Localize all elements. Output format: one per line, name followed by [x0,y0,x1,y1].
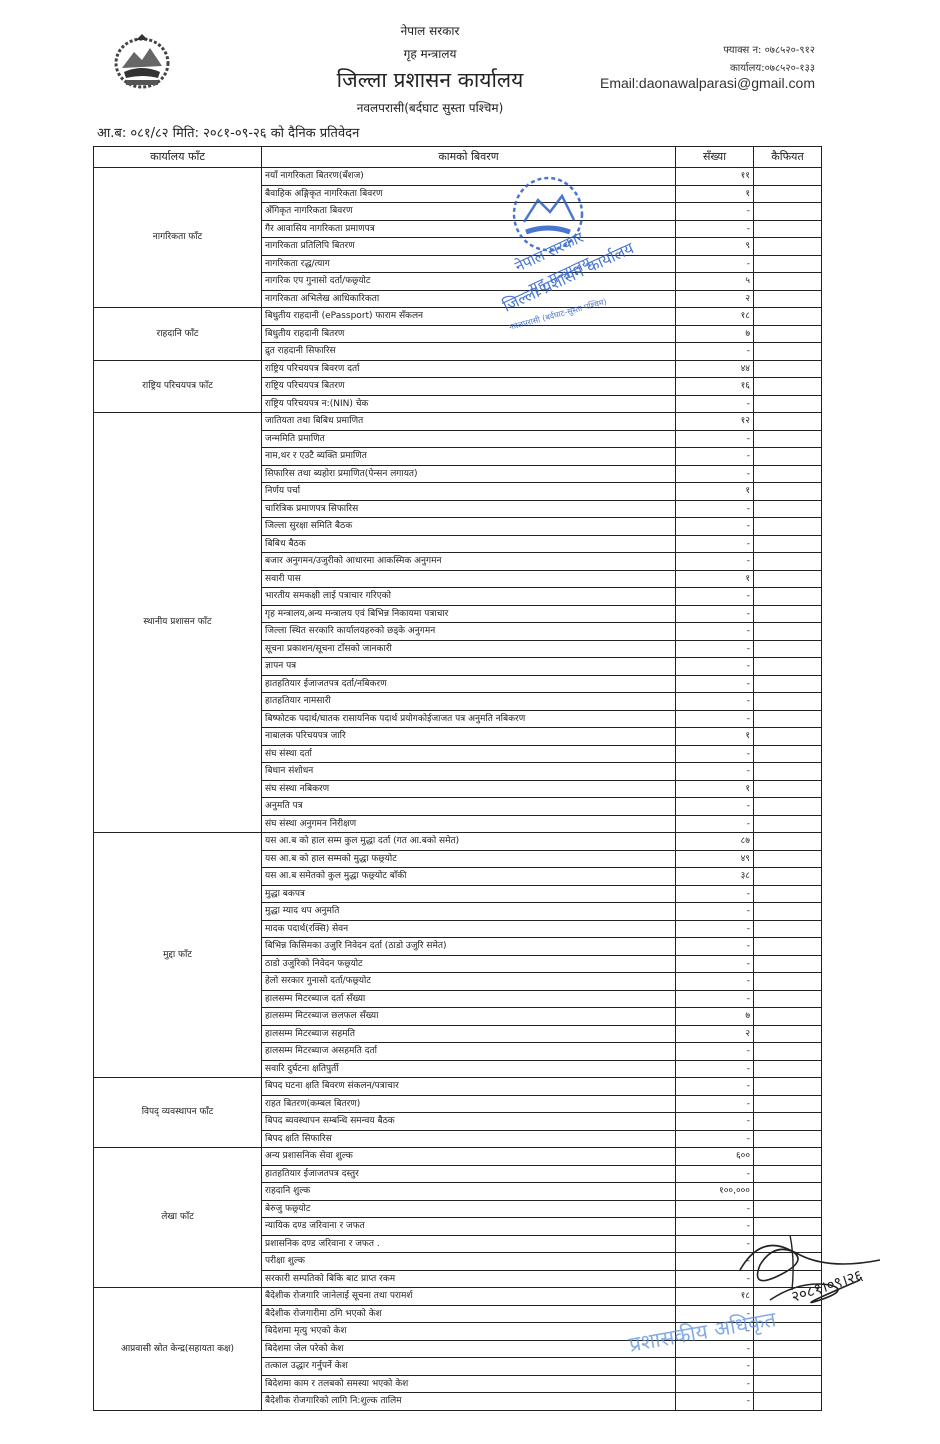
count-value: ५ [676,273,754,291]
count-value: - [676,605,754,623]
remarks-cell [754,1095,822,1113]
count-value: - [676,1253,754,1271]
email-address: Email:daonawalparasi@gmail.com [600,75,815,91]
government-name: नेपाल सरकार [300,22,560,39]
remarks-cell [754,903,822,921]
count-value: २ [676,1025,754,1043]
remarks-cell [754,1008,822,1026]
remarks-cell [754,588,822,606]
work-description: हातहतियार नामसारी [262,693,676,711]
count-value: ४९ [676,850,754,868]
remarks-cell [754,308,822,326]
count-value: - [676,885,754,903]
table-row: मुद्दा फाँटयस आ.ब को हाल सम्म कुल मुद्धा… [94,833,822,851]
count-value: - [676,430,754,448]
remarks-cell [754,1148,822,1166]
remarks-cell [754,780,822,798]
work-description: बैदेशीक रोजगारीमा ठगि भएको केश [262,1305,676,1323]
count-value: - [676,535,754,553]
remarks-cell [754,1025,822,1043]
ministry-name: गृह मन्त्रालय [300,45,560,62]
column-header-description: कामको बिवरण [262,147,676,168]
remarks-cell [754,640,822,658]
count-value: - [676,395,754,413]
work-description: नयाँ नागरिकता बितरण(बँशज) [262,168,676,186]
count-value: - [676,710,754,728]
remarks-cell [754,168,822,186]
work-description: भारतीय समकक्षी लाई पत्राचार गरिएको [262,588,676,606]
count-value: - [676,1095,754,1113]
remarks-cell [754,255,822,273]
count-value: - [676,920,754,938]
table-header-row: कार्यालय फाँट कामको बिवरण सँख्या कैफियत [94,147,822,168]
section-name: नागरिकता फाँट [94,168,262,308]
section-name: मुद्दा फाँट [94,833,262,1078]
remarks-cell [754,1340,822,1358]
count-value: ९ [676,238,754,256]
remarks-cell [754,273,822,291]
table-row: स्थानीय प्रशासन फाँटजातियता तथा बिबिध प्… [94,413,822,431]
column-header-remarks: कैफियत [754,147,822,168]
work-description: नाबालक परिचयपत्र जारि [262,728,676,746]
work-description: सरकारी सम्पतिको बिकि बाट प्राप्त रकम [262,1270,676,1288]
work-description: संघ संस्था दर्ता [262,745,676,763]
work-description: बिधुतीय राहदानी बितरण [262,325,676,343]
work-description: हालसम्म मिटरब्याज दर्ता सँख्या [262,990,676,1008]
count-value: - [676,1130,754,1148]
count-value: - [676,658,754,676]
count-value: - [676,955,754,973]
work-description: अँगिकृत नागरिकता बिवरण [262,203,676,221]
work-description: बिदेशमा मृत्यु भएको केश [262,1323,676,1341]
count-value: - [676,500,754,518]
work-description: निर्णय पर्चा [262,483,676,501]
remarks-cell [754,535,822,553]
remarks-cell [754,395,822,413]
column-header-section: कार्यालय फाँट [94,147,262,168]
work-description: बिधान संशोधन [262,763,676,781]
count-value: - [676,1113,754,1131]
remarks-cell [754,1218,822,1236]
count-value: - [676,203,754,221]
remarks-cell [754,850,822,868]
work-description: नागरिकता रद्ध/त्याग [262,255,676,273]
remarks-cell [754,343,822,361]
nepal-emblem-icon [108,30,176,92]
count-value: ११ [676,168,754,186]
work-description: ठाडो उजुरिको निवेदन फछ्र्योट [262,955,676,973]
work-description: जिल्ला स्थित सरकारि कार्यालयहरुको छड्के … [262,623,676,641]
work-description: बिष्फोटक पदार्थ/घातक रासायनिक पदार्थ प्र… [262,710,676,728]
remarks-cell [754,500,822,518]
office-name: जिल्ला प्रशासन कार्यालय [290,66,570,94]
remarks-cell [754,885,822,903]
count-value: - [676,1270,754,1288]
work-description: बिदेशमा जेल परेको केश [262,1340,676,1358]
section-name: स्थानीय प्रशासन फाँट [94,413,262,833]
work-description: हेलो सरकार गुनासो दर्ता/फछ्र्योट [262,973,676,991]
work-description: तत्काल उद्धार गर्नुपर्ने केश [262,1358,676,1376]
remarks-cell [754,658,822,676]
work-description: ज्ञापन पत्र [262,658,676,676]
count-value: ३८ [676,868,754,886]
work-description: संघ संस्था नबिकरण [262,780,676,798]
remarks-cell [754,955,822,973]
count-value: - [676,220,754,238]
remarks-cell [754,1183,822,1201]
count-value: १२ [676,413,754,431]
count-value: - [676,588,754,606]
work-description: बैवाहिक अङ्गिकृत नागरिकता बिवरण [262,185,676,203]
remarks-cell [754,325,822,343]
count-value: १ [676,185,754,203]
table-row: आप्रवासी स्रोत केन्द्र(सहायता कक्ष)बैदेश… [94,1288,822,1306]
work-description: राहदानि शुल्क [262,1183,676,1201]
remarks-cell [754,1130,822,1148]
remarks-cell [754,448,822,466]
work-description: हातहतियार ईजाजतपत्र दस्तुर [262,1165,676,1183]
count-value: - [676,1393,754,1411]
work-description: अनुमति पत्र [262,798,676,816]
remarks-cell [754,1393,822,1411]
work-description: चारित्रिक प्रमाणपत्र सिफारिस [262,500,676,518]
count-value: - [676,1165,754,1183]
count-value: - [676,518,754,536]
section-name: राष्ट्रिय परिचयपत्र फाँट [94,360,262,413]
work-description: जिल्ला सुरक्षा समिति बैठक [262,518,676,536]
daily-report-table: कार्यालय फाँट कामको बिवरण सँख्या कैफियत … [93,146,822,1411]
table-row: लेखा फाँटअन्य प्रशासनिक सेवा शुल्क६०० [94,1148,822,1166]
remarks-cell [754,728,822,746]
remarks-cell [754,203,822,221]
count-value: - [676,640,754,658]
count-value: ७ [676,1008,754,1026]
remarks-cell [754,973,822,991]
work-description: अन्य प्रशासनिक सेवा शुल्क [262,1148,676,1166]
work-description: परीक्षा शुल्क [262,1253,676,1271]
count-value: - [676,1060,754,1078]
remarks-cell [754,360,822,378]
remarks-cell [754,378,822,396]
remarks-cell [754,1200,822,1218]
count-value: ४४ [676,360,754,378]
remarks-cell [754,1060,822,1078]
count-value: - [676,1078,754,1096]
remarks-cell [754,1165,822,1183]
count-value: १००,००० [676,1183,754,1201]
work-description: नागरिकता प्रतिलिपि बितरण [262,238,676,256]
work-description: बैदेशीक रोजगारि जानेलाई सूचना तथा परामर्… [262,1288,676,1306]
count-value: - [676,745,754,763]
work-description: बिधुतीय राहदानी (ePassport) फाराम सँकलन [262,308,676,326]
work-description: प्रशासनिक दण्ड जरिवाना र जफत . [262,1235,676,1253]
report-title: आ.ब: ०८१/८२ मिति: २०८१-०९-२६ को दैनिक प्… [97,123,359,141]
remarks-cell [754,185,822,203]
count-value: - [676,798,754,816]
remarks-cell [754,1078,822,1096]
remarks-cell [754,1375,822,1393]
work-description: बिदेशमा काम र तलबको समस्या भएको केश [262,1375,676,1393]
count-value: - [676,343,754,361]
remarks-cell [754,290,822,308]
count-value: १८ [676,308,754,326]
count-value: - [676,990,754,1008]
work-description: हालसम्म मिटरब्याज छलफल सँख्या [262,1008,676,1026]
count-value: - [676,1235,754,1253]
work-description: राष्ट्रिय परिचयपत्र बितरण [262,378,676,396]
fax-number: फ्याक्स न: ०७८५२०-९१२ [723,42,815,56]
table-row: राहदानि फाँटबिधुतीय राहदानी (ePassport) … [94,308,822,326]
section-name: राहदानि फाँट [94,308,262,361]
work-description: बजार अनुगमन/उजुरीको आधारमा आकस्मिक अनुगम… [262,553,676,571]
remarks-cell [754,990,822,1008]
count-value: २ [676,290,754,308]
remarks-cell [754,763,822,781]
remarks-cell [754,693,822,711]
count-value: - [676,623,754,641]
count-value: - [676,1200,754,1218]
work-description: यस आ.ब को हाल सम्मको मुद्धा फछ्र्योट [262,850,676,868]
remarks-cell [754,430,822,448]
work-description: नागरिक एप गुनासो दर्ता/फछ्र्योट [262,273,676,291]
work-description: बैदेशीक रोजगारिको लागि नि:शुल्क तालिम [262,1393,676,1411]
table-row: विपद् व्यवस्थापन फाँटबिपद घटना क्षति बिव… [94,1078,822,1096]
remarks-cell [754,1358,822,1376]
work-description: बिबिध बैठक [262,535,676,553]
work-description: सवारि दुर्घटना क्षतिपुर्ती [262,1060,676,1078]
count-value: ८७ [676,833,754,851]
count-value: - [676,763,754,781]
work-description: मुद्धा बकपत्र [262,885,676,903]
count-value: १ [676,780,754,798]
remarks-cell [754,1043,822,1061]
work-description: सूचना प्रकाशन/सूचना टाँसको जानकारी [262,640,676,658]
count-value: ६०० [676,1148,754,1166]
work-description: हातहतियार ईजाजतपत्र दर्ता/नबिकरण [262,675,676,693]
work-description: जातियता तथा बिबिध प्रमाणित [262,413,676,431]
work-description: सिफारिस तथा ब्यहोरा प्रमाणित(पेन्सन लगाय… [262,465,676,483]
remarks-cell [754,413,822,431]
work-description: यस आ.ब को हाल सम्म कुल मुद्धा दर्ता (गत … [262,833,676,851]
remarks-cell [754,1253,822,1271]
section-name: लेखा फाँट [94,1148,262,1288]
remarks-cell [754,238,822,256]
count-value: १८ [676,1288,754,1306]
work-description: मादक पदार्थ(रक्सि) सेवन [262,920,676,938]
work-description: बिभिन्न किसिमका उजुरि निवेदन दर्ता (ठाडो… [262,938,676,956]
work-description: बिपद ब्यवस्थापन सम्बन्धि समन्वय बैठक [262,1113,676,1131]
remarks-cell [754,920,822,938]
count-value: १ [676,483,754,501]
remarks-cell [754,675,822,693]
remarks-cell [754,938,822,956]
office-phone: कार्यालय:०७८५२०-१३३ [730,60,815,74]
work-description: संघ संस्था अनुगमन निरीक्षण [262,815,676,833]
section-name: आप्रवासी स्रोत केन्द्र(सहायता कक्ष) [94,1288,262,1411]
work-description: नाम,थर र एउटै ब्यक्ति प्रमाणित [262,448,676,466]
work-description: न्यायिक दण्ड जरिवाना र जफत [262,1218,676,1236]
remarks-cell [754,570,822,588]
work-description: गृह मन्त्रालय,अन्य मन्त्रालय एवं बिभिन्न… [262,605,676,623]
count-value: - [676,1043,754,1061]
work-description: सवारी पास [262,570,676,588]
column-header-count: सँख्या [676,147,754,168]
count-value: - [676,553,754,571]
count-value: - [676,255,754,273]
count-value: - [676,1375,754,1393]
work-description: बेरुजु फछ्र्योट [262,1200,676,1218]
remarks-cell [754,220,822,238]
remarks-cell [754,868,822,886]
work-description: द्रुत राहदानी सिफारिस [262,343,676,361]
remarks-cell [754,553,822,571]
work-description: हालसम्म मिटरब्याज असहमति दर्ता [262,1043,676,1061]
remarks-cell [754,483,822,501]
work-description: बिपद क्षति सिफारिस [262,1130,676,1148]
work-description: यस आ.ब समेतको कुल मुद्धा फछ्र्योट बाँकी [262,868,676,886]
count-value: - [676,1358,754,1376]
remarks-cell [754,798,822,816]
remarks-cell [754,815,822,833]
table-body: नागरिकता फाँटनयाँ नागरिकता बितरण(बँशज)११… [94,168,822,1411]
count-value: - [676,1218,754,1236]
count-value: ७ [676,325,754,343]
work-description: बिपद घटना क्षति बिवरण संकलन/पत्राचार [262,1078,676,1096]
table-row: राष्ट्रिय परिचयपत्र फाँटराष्ट्रिय परिचयप… [94,360,822,378]
work-description: राष्ट्रिय परिचयपत्र बिवरण दर्ता [262,360,676,378]
count-value: - [676,903,754,921]
count-value: - [676,675,754,693]
remarks-cell [754,745,822,763]
count-value: - [676,448,754,466]
remarks-cell [754,623,822,641]
count-value: - [676,465,754,483]
count-value: - [676,693,754,711]
count-value: - [676,815,754,833]
work-description: राष्ट्रिय परिचयपत्र न:(NIN) चेक [262,395,676,413]
remarks-cell [754,1113,822,1131]
count-value: - [676,938,754,956]
count-value: १ [676,570,754,588]
work-description: जन्ममिति प्रमाणित [262,430,676,448]
district-name: नवलपरासी(बर्दघाट सुस्ता पश्चिम) [300,99,560,116]
remarks-cell [754,710,822,728]
remarks-cell [754,605,822,623]
work-description: मुद्धा म्याद थप अनुमति [262,903,676,921]
work-description: नागरिकता अभिलेख आधिकारिकता [262,290,676,308]
count-value: - [676,973,754,991]
count-value: १६ [676,378,754,396]
table-row: नागरिकता फाँटनयाँ नागरिकता बितरण(बँशज)११ [94,168,822,186]
remarks-cell [754,465,822,483]
work-description: राहत बितरण(कम्बल बितरण) [262,1095,676,1113]
remarks-cell [754,518,822,536]
work-description: गैर आवासिय नागरिकता प्रमाणपत्र [262,220,676,238]
work-description: हालसम्म मिटरब्याज सहमति [262,1025,676,1043]
remarks-cell [754,1235,822,1253]
section-name: विपद् व्यवस्थापन फाँट [94,1078,262,1148]
remarks-cell [754,833,822,851]
count-value: १ [676,728,754,746]
